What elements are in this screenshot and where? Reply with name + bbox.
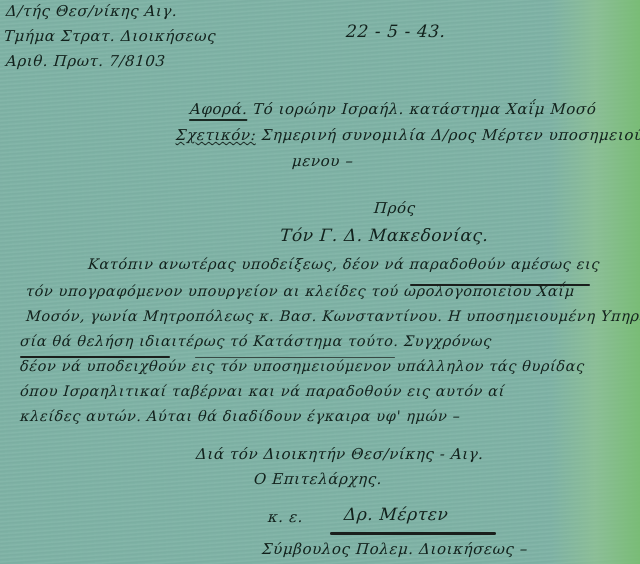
reference-continuation: μενου – xyxy=(291,152,354,170)
body-line-1: Κατόπιν ανωτέρας υποδείξεως, δέον νά παρ… xyxy=(87,257,600,273)
recipient: Τόν Γ. Δ. Μακεδονίας. xyxy=(279,226,489,246)
reference-label: Σχετικόν: xyxy=(175,126,257,144)
signatory-title: Σύμβουλος Πολεμ. Διοικήσεως – xyxy=(261,540,528,558)
body-line-4: σία θά θελήση ιδιαιτέρως τό Κατάστημα το… xyxy=(19,334,492,350)
body-line-2: τόν υπογραφόμενον υπουργείον αι κλείδες … xyxy=(25,284,575,300)
signatory-role: Ο Επιτελάρχης. xyxy=(253,470,382,488)
body-line-5: δέον νά υποδειχθούν εις τόν υποσημειούμε… xyxy=(19,359,585,375)
reference-text: Σημερινή συνομιλία Δ/ρος Μέρτεν υποσημει… xyxy=(261,126,640,144)
underline-mark xyxy=(20,356,170,358)
body-line-7: κλείδες αυτών. Αύται θά διαδίδουν έγκαιρ… xyxy=(19,409,461,425)
underline-mark xyxy=(195,357,395,358)
reference-line: Σχετικόν: Σημερινή συνομιλία Δ/ρος Μέρτε… xyxy=(175,126,640,144)
subject-text: Τό ιορώην Ισραήλ. κατάστημα Χαΐμ Μοσό xyxy=(252,100,597,118)
to-label: Πρός xyxy=(373,199,416,217)
subject-line: Αφορά. Τό ιορώην Ισραήλ. κατάστημα Χαΐμ … xyxy=(189,100,597,118)
authority-line: Δ/τής Θεσ/νίκης Αιγ. xyxy=(5,2,178,20)
body-line-3: Μοσόν, γωνία Μητροπόλεως κ. Βασ. Κωνσταν… xyxy=(25,309,640,325)
signature-underline xyxy=(330,532,496,535)
signatory-initials: κ. ε. xyxy=(267,508,303,526)
scanned-letter: Δ/τής Θεσ/νίκης Αιγ. Τμήμα Στρατ. Διοική… xyxy=(0,0,640,564)
underline-mark xyxy=(410,284,590,286)
protocol-number: Αριθ. Πρωτ. 7/8103 xyxy=(5,52,166,70)
on-behalf-line: Διά τόν Διοικητήν Θεσ/νίκης - Αιγ. xyxy=(195,445,484,463)
document-date: 22 - 5 - 43. xyxy=(345,22,446,42)
department-line: Τμήμα Στρατ. Διοικήσεως xyxy=(3,27,217,45)
subject-label: Αφορά. xyxy=(189,100,248,121)
signatory-name: Δρ. Μέρτεν xyxy=(343,505,449,525)
body-line-6: όπου Ισραηλιτικαί ταβέρναι και νά παραδο… xyxy=(19,384,505,400)
